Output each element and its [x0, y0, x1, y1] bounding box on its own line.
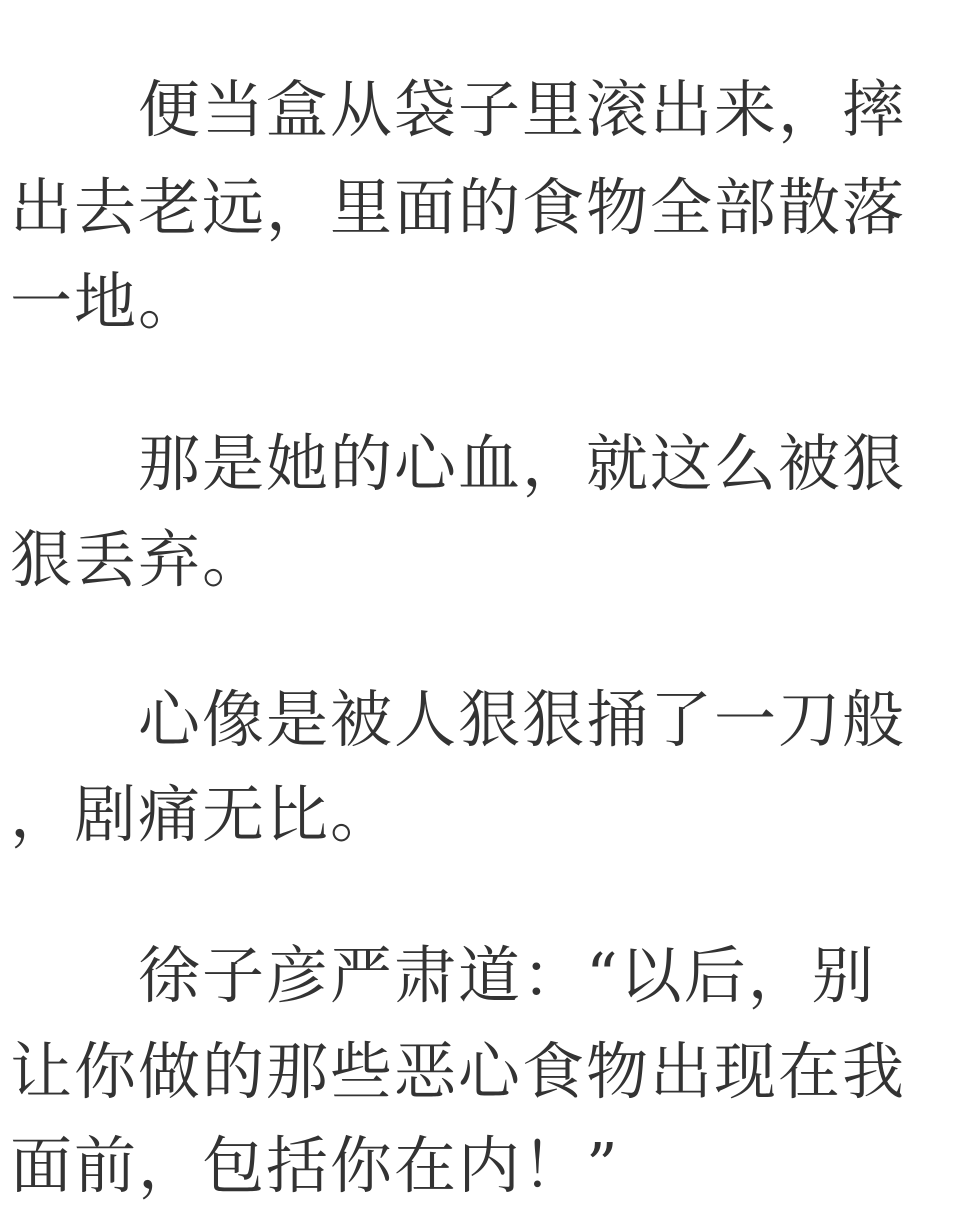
text-line: 心像是被人狠狠捅了一刀般: [138, 680, 906, 760]
text-line: 让你做的那些恶心食物出现在我: [10, 1032, 906, 1112]
text-line: 狠丢弃。: [10, 520, 266, 600]
text-line: 一地。: [10, 262, 202, 342]
text-line: 出去老远，里面的食物全部散落: [10, 168, 906, 248]
text-line: 那是她的心血，就这么被狠: [138, 424, 906, 504]
text-line: 面前，包括你在内！”: [10, 1126, 620, 1206]
text-line: ，剧痛无比。: [10, 775, 394, 855]
document-page: 便当盒从袋子里滚出来，摔 出去老远，里面的食物全部散落 一地。 那是她的心血，就…: [0, 0, 960, 1224]
text-line: 便当盒从袋子里滚出来，摔: [138, 70, 906, 150]
text-line: 徐子彦严肃道：“以后，别: [138, 936, 876, 1016]
